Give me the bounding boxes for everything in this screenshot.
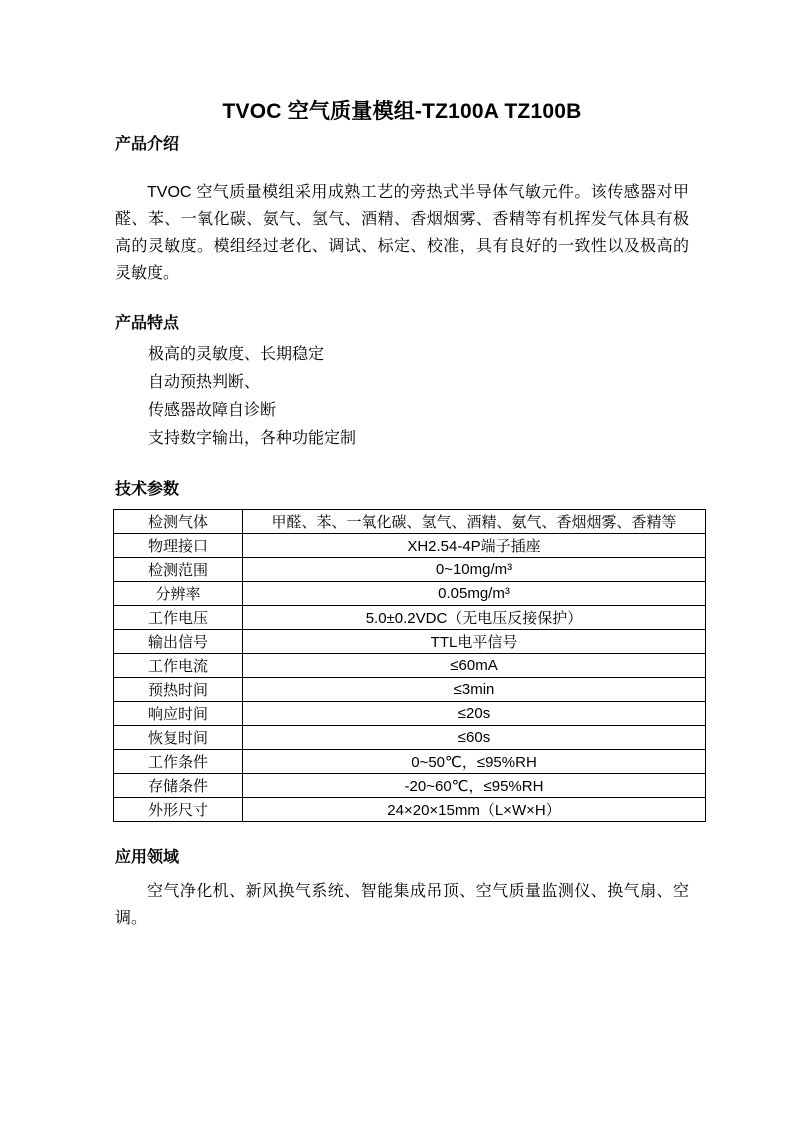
section-heading-applications: 应用领域 xyxy=(115,848,689,868)
feature-item: 支持数字输出，各种功能定制 xyxy=(148,425,689,453)
section-heading-specs: 技术参数 xyxy=(115,480,689,500)
spec-value: ≤3min xyxy=(243,678,706,702)
table-row: 存储条件-20~60℃，≤95%RH xyxy=(114,774,706,798)
spec-value: ≤20s xyxy=(243,702,706,726)
feature-item: 传感器故障自诊断 xyxy=(148,397,689,425)
table-row: 检测气体甲醛、苯、一氧化碳、氢气、酒精、氨气、香烟烟雾、香精等 xyxy=(114,510,706,534)
table-row: 外形尺寸24×20×15mm（L×W×H） xyxy=(114,798,706,822)
spec-value: 甲醛、苯、一氧化碳、氢气、酒精、氨气、香烟烟雾、香精等 xyxy=(243,510,706,534)
spec-value: ≤60mA xyxy=(243,654,706,678)
table-row: 预热时间≤3min xyxy=(114,678,706,702)
intro-paragraph: TVOC 空气质量模组采用成熟工艺的旁热式半导体气敏元件。该传感器对甲醛、苯、一… xyxy=(115,179,689,287)
table-row: 分辨率0.05mg/m³ xyxy=(114,582,706,606)
feature-item: 自动预热判断、 xyxy=(148,369,689,397)
table-row: 工作电流≤60mA xyxy=(114,654,706,678)
spec-value: 5.0±0.2VDC（无电压反接保护） xyxy=(243,606,706,630)
document-title: TVOC 空气质量模组-TZ100A TZ100B xyxy=(115,99,689,125)
document-page: TVOC 空气质量模组-TZ100A TZ100B 产品介绍 TVOC 空气质量… xyxy=(0,0,793,1122)
table-row: 输出信号TTL电平信号 xyxy=(114,630,706,654)
table-row: 工作条件0~50℃，≤95%RH xyxy=(114,750,706,774)
specs-table: 检测气体甲醛、苯、一氧化碳、氢气、酒精、氨气、香烟烟雾、香精等物理接口XH2.5… xyxy=(113,509,706,822)
table-row: 检测范围0~10mg/m³ xyxy=(114,558,706,582)
section-heading-intro: 产品介绍 xyxy=(115,135,689,155)
applications-paragraph: 空气净化机、新风换气系统、智能集成吊顶、空气质量监测仪、换气扇、空调。 xyxy=(115,878,689,932)
spec-label: 工作电压 xyxy=(114,606,243,630)
table-row: 恢复时间≤60s xyxy=(114,726,706,750)
spec-value: 0~50℃，≤95%RH xyxy=(243,750,706,774)
spec-label: 外形尺寸 xyxy=(114,798,243,822)
spec-label: 输出信号 xyxy=(114,630,243,654)
spec-label: 响应时间 xyxy=(114,702,243,726)
feature-item: 极高的灵敏度、长期稳定 xyxy=(148,341,689,369)
spec-label: 检测气体 xyxy=(114,510,243,534)
spec-label: 工作电流 xyxy=(114,654,243,678)
spec-value: 0.05mg/m³ xyxy=(243,582,706,606)
spec-value: TTL电平信号 xyxy=(243,630,706,654)
spec-value: 24×20×15mm（L×W×H） xyxy=(243,798,706,822)
feature-list: 极高的灵敏度、长期稳定自动预热判断、传感器故障自诊断支持数字输出，各种功能定制 xyxy=(115,341,689,453)
spec-label: 检测范围 xyxy=(114,558,243,582)
spec-label: 存储条件 xyxy=(114,774,243,798)
spec-label: 恢复时间 xyxy=(114,726,243,750)
spec-label: 物理接口 xyxy=(114,534,243,558)
spec-label: 工作条件 xyxy=(114,750,243,774)
spec-value: -20~60℃，≤95%RH xyxy=(243,774,706,798)
table-row: 工作电压5.0±0.2VDC（无电压反接保护） xyxy=(114,606,706,630)
spec-value: 0~10mg/m³ xyxy=(243,558,706,582)
table-row: 物理接口XH2.54-4P端子插座 xyxy=(114,534,706,558)
spec-value: ≤60s xyxy=(243,726,706,750)
section-heading-features: 产品特点 xyxy=(115,314,689,334)
spec-value: XH2.54-4P端子插座 xyxy=(243,534,706,558)
spec-label: 预热时间 xyxy=(114,678,243,702)
table-row: 响应时间≤20s xyxy=(114,702,706,726)
specs-table-body: 检测气体甲醛、苯、一氧化碳、氢气、酒精、氨气、香烟烟雾、香精等物理接口XH2.5… xyxy=(114,510,706,822)
spec-label: 分辨率 xyxy=(114,582,243,606)
